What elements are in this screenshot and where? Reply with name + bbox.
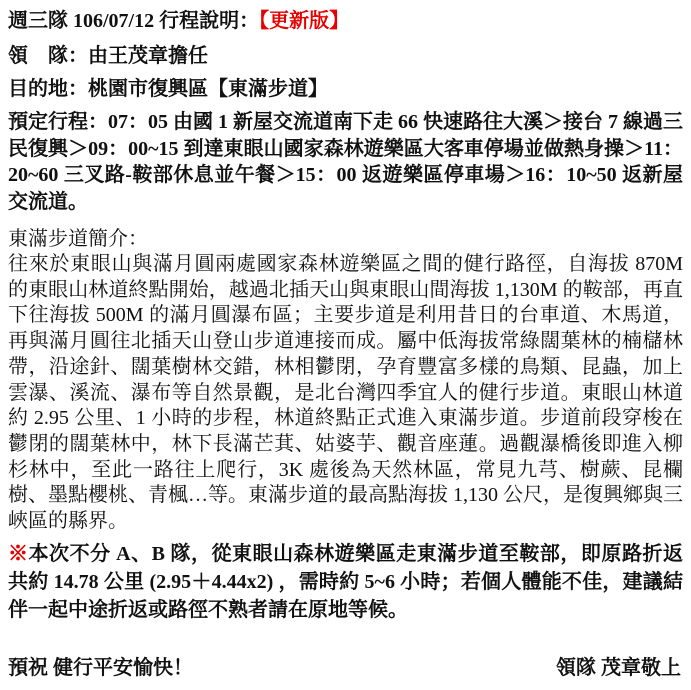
note-asterisk-marker: ※ (8, 543, 29, 565)
destination-line: 目的地：桃園市復興區【東滿步道】 (8, 76, 683, 102)
note-paragraph: ※本次不分 A、B 隊，從東眼山森林遊樂區走東滿步道至鞍部，即原路折返共約 14… (8, 540, 683, 624)
title-updated-badge: 【更新版】 (259, 10, 349, 32)
footer-signature: 領隊 茂章敬上 (556, 655, 681, 681)
document-page: 週三隊 106/07/12 行程說明：【更新版】 領 隊：由王茂章擔任 目的地：… (0, 0, 691, 690)
footer: 預祝 健行平安愉快！ 領隊 茂章敬上 (8, 655, 681, 681)
footer-wish-text: 預祝 健行平安愉快！ (8, 655, 193, 681)
title-text: 週三隊 106/07/12 行程說明： (8, 10, 259, 32)
trail-intro-heading: 東滿步道簡介： (8, 226, 683, 252)
document-title: 週三隊 106/07/12 行程說明：【更新版】 (8, 8, 683, 34)
leader-line: 領 隊：由王茂章擔任 (8, 43, 683, 69)
trail-intro-paragraph: 往來於東眼山與滿月圓兩處國家森林遊樂區之間的健行路徑，自海拔 870M 的東眼山… (8, 252, 683, 535)
itinerary-paragraph: 預定行程：07：05 由國 1 新屋交流道南下走 66 快速路往大溪＞接台 7 … (8, 109, 683, 215)
note-text: 本次不分 A、B 隊，從東眼山森林遊樂區走東滿步道至鞍部，即原路折返共約 14.… (8, 543, 683, 621)
